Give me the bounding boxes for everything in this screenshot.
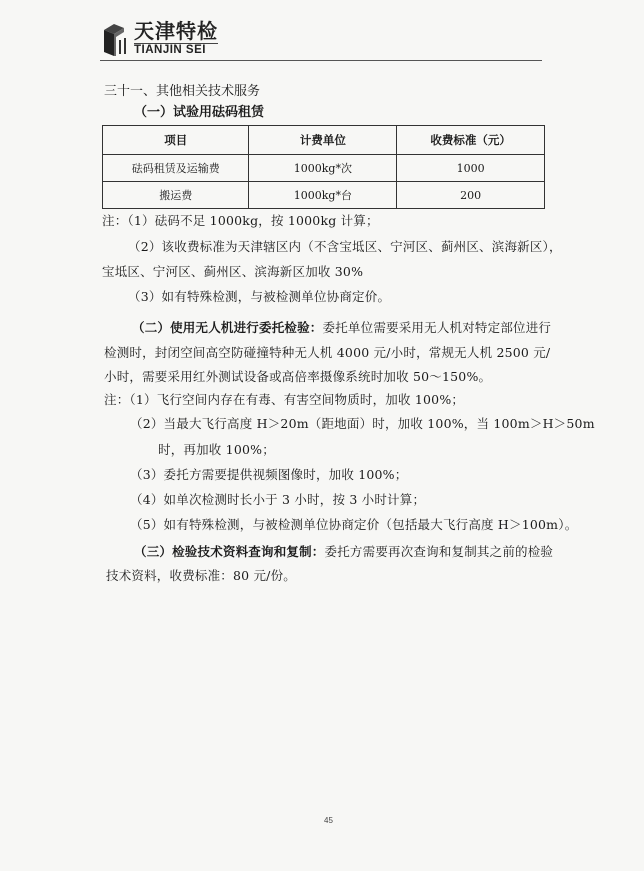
table-header: 收费标准（元） [397,126,545,155]
logo-english-name: TIANJIN SEI [134,43,218,57]
note-1-3: （3）如有特殊检测，与被检测单位协商定价。 [128,287,390,305]
note-2-2a: （2）当最大飞行高度 H＞20m（距地面）时，加收 100%，当 100m＞H＞… [130,414,595,432]
note-2-5: （5）如有特殊检测，与被检测单位协商定价（包括最大飞行高度 H＞100m）。 [130,515,577,533]
header-divider [100,60,542,61]
table-cell: 200 [397,182,545,209]
note-1-1: 注：（1）砝码不足 1000kg，按 1000kg 计算； [102,211,379,229]
subsection-2-line1: （二）使用无人机进行委托检验：委托单位需要采用无人机对特定部位进行 [132,318,551,336]
table-row: 搬运费 1000kg*台 200 [103,182,545,209]
table-cell: 砝码租赁及运输费 [103,155,249,182]
table-cell: 1000kg*次 [249,155,397,182]
note-2-4: （4）如单次检测时长小于 3 小时，按 3 小时计算； [130,490,425,508]
note-2-3: （3）委托方需要提供视频图像时，加收 100%； [130,465,407,483]
document-page: 天津特检 TIANJIN SEI 三十一、其他相关技术服务 （一）试验用砝码租赁… [0,0,644,871]
subsection-3-line2: 技术资料，收费标准：80 元/份。 [106,566,296,584]
table-header: 项目 [103,126,249,155]
note-2-1: 注：（1）飞行空间内存在有毒、有害空间物质时，加收 100%； [104,390,464,408]
subsection-2-title: （二）使用无人机进行委托检验： [132,320,323,335]
subsection-3-title: （三）检验技术资料查询和复制： [134,544,325,559]
subsection-1-title: （一）试验用砝码租赁 [134,101,264,120]
table-cell: 搬运费 [103,182,249,209]
building-logo-icon [100,20,130,58]
table-cell: 1000 [397,155,545,182]
section-title: 三十一、其他相关技术服务 [104,80,260,99]
table-cell: 1000kg*台 [249,182,397,209]
table-row: 砝码租赁及运输费 1000kg*次 1000 [103,155,545,182]
note-2-2b: 时，再加收 100%； [158,440,275,458]
subsection-2-line3: 小时，需要采用红外测试设备或高倍率摄像系统时加收 50～150%。 [104,367,491,385]
note-1-2a: （2）该收费标准为天津辖区内（不含宝坻区、宁河区、蓟州区、滨海新区）， [128,237,562,255]
page-number: 45 [324,816,333,825]
logo-chinese-name: 天津特检 [134,21,218,41]
subsection-2-text: 委托单位需要采用无人机对特定部位进行 [323,320,552,335]
fee-table: 项目 计费单位 收费标准（元） 砝码租赁及运输费 1000kg*次 1000 搬… [102,125,545,209]
table-header-row: 项目 计费单位 收费标准（元） [103,126,545,155]
subsection-3-line1: （三）检验技术资料查询和复制：委托方需要再次查询和复制其之前的检验 [134,542,553,560]
table-header: 计费单位 [249,126,397,155]
note-1-2b: 宝坻区、宁河区、蓟州区、滨海新区加收 30% [102,262,363,280]
subsection-2-line2: 检测时，封闭空间高空防碰撞特种无人机 4000 元/小时，常规无人机 2500 … [104,343,550,361]
header-logo: 天津特检 TIANJIN SEI [100,18,218,60]
subsection-3-text: 委托方需要再次查询和复制其之前的检验 [325,544,554,559]
